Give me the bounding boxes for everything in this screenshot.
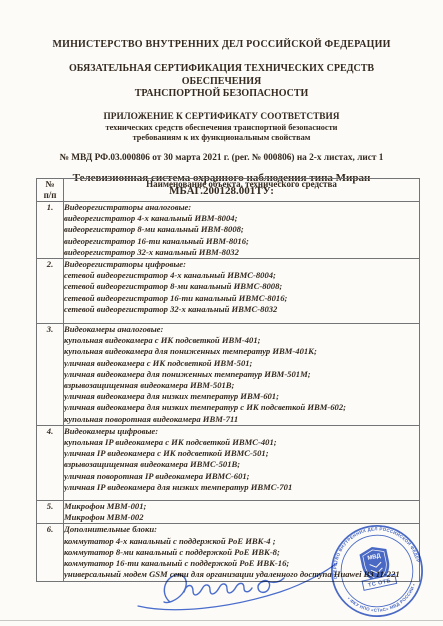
equipment-table: № п/п Наименование объекта, технического… (36, 178, 420, 582)
appendix-subtitle: технических средств обеспечения транспор… (0, 123, 443, 144)
row-lines: Дополнительные блоки:коммутатор 4-х кана… (64, 524, 420, 581)
certification-heading-line1: ОБЯЗАТЕЛЬНАЯ СЕРТИФИКАЦИЯ ТЕХНИЧЕСКИХ СР… (40, 63, 403, 88)
certificate-page: МИНИСТЕРСТВО ВНУТРЕННИХ ДЕЛ РОССИЙСКОЙ Ф… (0, 0, 443, 626)
equipment-line: сетевой видеорегистратор 16-ти канальный… (64, 293, 419, 304)
equipment-line: уличная IP видеокамера с ИК подсветкой И… (64, 448, 419, 459)
equipment-line: Видеокамеры цифровые: (64, 426, 419, 437)
row-number: 4. (37, 425, 64, 500)
column-header-number-line1: № (37, 179, 63, 190)
equipment-line: уличная поворотная IP видеокамера ИВМС-6… (64, 471, 419, 482)
stamp-ring-text-bottom: • ФКУ НПО «СТиС» МВД РОССИИ • (346, 582, 421, 619)
document-header: МИНИСТЕРСТВО ВНУТРЕННИХ ДЕЛ РОССИЙСКОЙ Ф… (0, 0, 443, 199)
equipment-line: уличная IP видеокамера для низких темпер… (64, 482, 419, 493)
row-number: 3. (37, 324, 64, 426)
equipment-line: видеорегистратор 4-х канальный ИВМ-8004; (64, 213, 419, 224)
equipment-line: уличная видеокамера для низких температу… (64, 402, 419, 413)
equipment-table-header: № п/п Наименование объекта, технического… (37, 179, 420, 202)
equipment-line: взрывозащищенная видеокамера ИВМ-501В; (64, 380, 419, 391)
table-row: 2. Видеорегистраторы цифровые:сетевой ви… (37, 259, 420, 324)
row-number: 6. (37, 524, 64, 581)
equipment-line: уличная видеокамера для пониженных темпе… (64, 369, 419, 380)
equipment-line: Микрофон МВМ-001; (64, 501, 419, 512)
table-row: 4. Видеокамеры цифровые:купольная IP вид… (37, 425, 420, 500)
equipment-line: коммутатор 16-ти канальный с поддержкой … (64, 558, 419, 569)
equipment-line: купольная видеокамера для пониженных тем… (64, 346, 419, 357)
row-lines: Видеорегистраторы аналоговые:видеорегист… (64, 202, 420, 259)
equipment-line: видеорегистратор 8-ми канальный ИВМ-8008… (64, 224, 419, 235)
row-lines: Микрофон МВМ-001;Микрофон МВМ-002 (64, 501, 420, 524)
equipment-line: купольная поворотная видеокамера ИВМ-711 (64, 414, 419, 425)
row-lines: Видеокамеры цифровые:купольная IP видеок… (64, 425, 420, 500)
certification-heading: ОБЯЗАТЕЛЬНАЯ СЕРТИФИКАЦИЯ ТЕХНИЧЕСКИХ СР… (0, 63, 443, 101)
row-number: 5. (37, 501, 64, 524)
table-row: 6. Дополнительные блоки:коммутатор 4-х к… (37, 524, 420, 581)
table-row: 5. Микрофон МВМ-001;Микрофон МВМ-002 (37, 501, 420, 524)
equipment-line: универсальный модем GSM сети для организ… (64, 569, 419, 580)
equipment-table-body: 1. Видеорегистраторы аналоговые:видеорег… (37, 202, 420, 582)
scan-edge-line (0, 620, 443, 621)
equipment-line: купольная видеокамера с ИК подсветкой ИВ… (64, 335, 419, 346)
ministry-heading: МИНИСТЕРСТВО ВНУТРЕННИХ ДЕЛ РОССИЙСКОЙ Ф… (0, 39, 443, 50)
equipment-line: сетевой видеорегистратор 32-х канальный … (64, 304, 419, 315)
row-number: 1. (37, 202, 64, 259)
equipment-line: коммутатор 4-х канальный с поддержкой Po… (64, 536, 419, 547)
equipment-line: взрывозащищенная видеокамера ИВМС-501В; (64, 459, 419, 470)
appendix-title: ПРИЛОЖЕНИЕ К СЕРТИФИКАТУ СООТВЕТСТВИЯ (0, 112, 443, 122)
equipment-line: Микрофон МВМ-002 (64, 512, 419, 523)
column-header-name: Наименование объекта, технического средс… (64, 179, 420, 202)
certification-heading-line2: ТРАНСПОРТНОЙ БЕЗОПАСНОСТИ (40, 88, 403, 101)
equipment-line: сетевой видеорегистратор 4-х канальный И… (64, 270, 419, 281)
column-header-number: № п/п (37, 179, 64, 202)
equipment-line: Дополнительные блоки: (64, 524, 419, 535)
row-number: 2. (37, 259, 64, 324)
equipment-line: коммутатор 8-ми канальный с поддержкой P… (64, 547, 419, 558)
equipment-line: уличная видеокамера с ИК подсветкой ИВМ-… (64, 358, 419, 369)
appendix-subtitle-line2: требованиям к их функциональным свойства… (0, 133, 443, 144)
equipment-line: видеорегистратор 16-ти канальный ИВМ-801… (64, 236, 419, 247)
equipment-line: сетевой видеорегистратор 8-ми канальный … (64, 281, 419, 292)
row-lines: Видеорегистраторы цифровые:сетевой видео… (64, 259, 420, 324)
equipment-line: уличная видеокамера для низких температу… (64, 391, 419, 402)
equipment-line: Видеорегистраторы аналоговые: (64, 202, 419, 213)
appendix-subtitle-line1: технических средств обеспечения транспор… (0, 123, 443, 134)
column-header-number-line2: п/п (37, 190, 63, 201)
equipment-line: Видеокамеры аналоговые: (64, 324, 419, 335)
table-row: 1. Видеорегистраторы аналоговые:видеорег… (37, 202, 420, 259)
equipment-line: видеорегистратор 32-х канальный ИВМ-8032 (64, 247, 419, 258)
row-lines: Видеокамеры аналоговые:купольная видеока… (64, 324, 420, 426)
svg-text:• ФКУ НПО «СТиС» МВД РОССИИ •: • ФКУ НПО «СТиС» МВД РОССИИ • (346, 582, 421, 619)
equipment-line: Видеорегистраторы цифровые: (64, 259, 419, 270)
registration-line: № МВД РФ.03.000806 от 30 марта 2021 г. (… (0, 153, 443, 163)
equipment-line: купольная IP видеокамера с ИК подсветкой… (64, 437, 419, 448)
table-row: 3. Видеокамеры аналоговые:купольная виде… (37, 324, 420, 426)
